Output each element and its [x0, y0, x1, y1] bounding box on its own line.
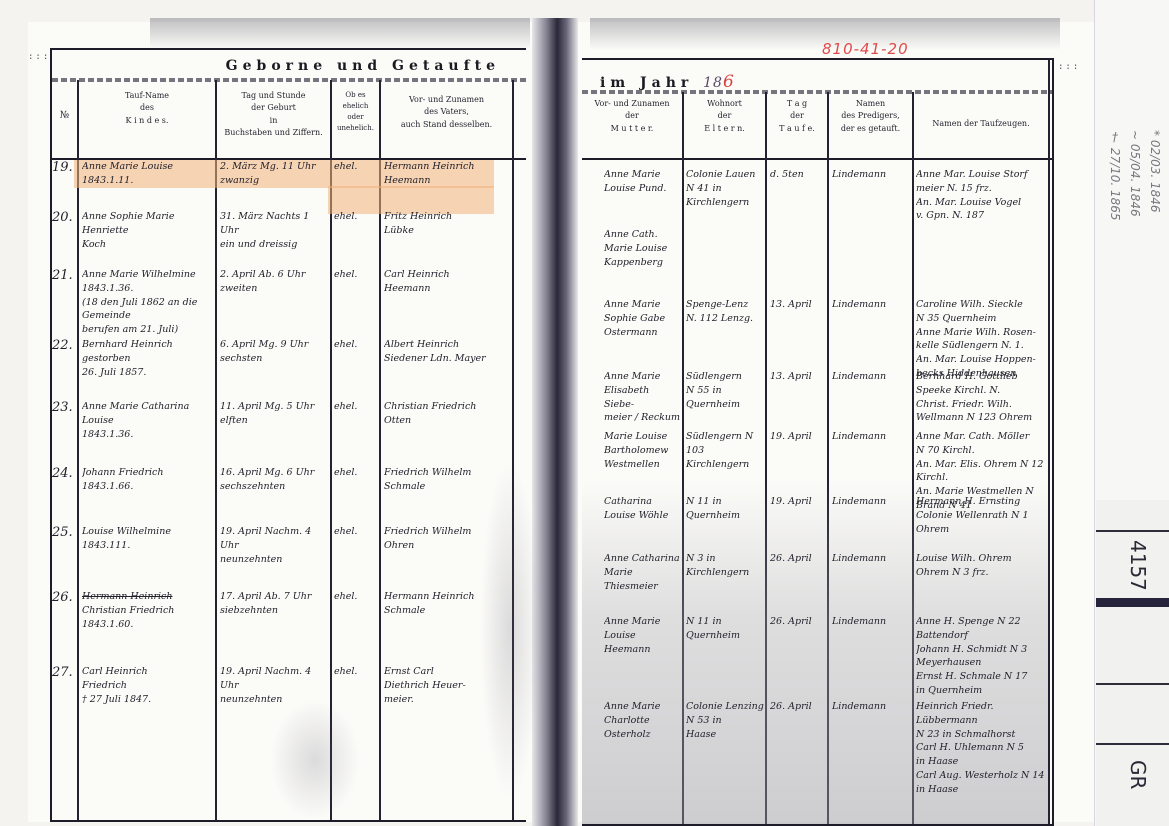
- mother-cell: Catharina Louise Wöhle: [604, 495, 682, 523]
- baptism-date-cell: 19. April: [770, 430, 826, 444]
- birth-cell: 2. April Ab. 6 Uhr zweiten: [220, 268, 328, 296]
- residence-cell: N 3 in Kirchlengern: [686, 552, 764, 580]
- entry-number: 27.: [52, 665, 78, 680]
- sponsors-cell: Anne H. Spenge N 22 Battendorf Johann H.…: [916, 615, 1046, 698]
- sponsors-cell: Bernhard H. Gottlieb Speeke Kirchl. N. C…: [916, 370, 1046, 425]
- year-handwritten: 18: [703, 75, 723, 91]
- birth-cell: 11. April Mg. 5 Uhr elften: [220, 400, 328, 428]
- mother-cell: Marie Louise Bartholomew Westmellen: [604, 430, 682, 471]
- column-rule: [1048, 60, 1050, 824]
- legitimacy-cell: ehel.: [334, 268, 378, 282]
- residence-cell: N 11 in Quernheim: [686, 495, 764, 523]
- side-rule: [1096, 683, 1169, 685]
- right-register-table: im Jahr 186 Vor- und Zunamen der M u t t…: [582, 58, 1054, 826]
- residence-cell: Spenge-Lenz N. 112 Lenzg.: [686, 298, 764, 326]
- header-divider: [582, 90, 1052, 94]
- legitimacy-cell: ehel.: [334, 466, 378, 480]
- baptism-date-cell: 13. April: [770, 298, 826, 312]
- entry-number: 25.: [52, 525, 78, 540]
- margin-dots: :::: [28, 52, 50, 62]
- left-page-title: Geborne und Getaufte: [226, 58, 500, 74]
- preacher-cell: Lindemann: [832, 298, 910, 312]
- header-bottom-rule: [582, 158, 1052, 160]
- side-rule: [1096, 743, 1169, 745]
- residence-header: Wohnort der E l t e r n.: [684, 98, 765, 135]
- child-name-cell: Anne Marie Catharina Louise 1843.1.36.: [82, 400, 214, 441]
- archive-stamp: 810-41-20: [822, 40, 909, 58]
- residence-cell: Colonie Lenzing N 53 in Haase: [686, 700, 764, 741]
- preacher-cell: Lindemann: [832, 430, 910, 444]
- child-name-cell: Johann Friedrich 1843.1.66.: [82, 466, 214, 494]
- birth-header: Tag und Stunde der Geburt in Buchstaben …: [217, 90, 330, 140]
- entry-number: 26.: [52, 590, 78, 605]
- birth-cell: 31. März Nachts 1 Uhr ein und dreissig: [220, 210, 328, 251]
- side-bar: [1096, 598, 1169, 607]
- residence-cell: N 11 in Quernheim: [686, 615, 764, 643]
- preacher-cell: Lindemann: [832, 370, 910, 384]
- entry-number: 21.: [52, 268, 78, 283]
- legitimacy-cell: ehel.: [334, 665, 378, 679]
- sponsors-cell: Caroline Wilh. Sieckle N 35 Quernheim An…: [916, 298, 1046, 381]
- side-rule: [1096, 530, 1169, 532]
- legitimacy-cell: ehel.: [334, 525, 378, 539]
- entry-number: 23.: [52, 400, 78, 415]
- mother-cell: Anne Marie Louise Pund.: [604, 168, 682, 196]
- sponsors-cell: Louise Wilh. Ohrem Ohrem N 3 frz.: [916, 552, 1046, 580]
- birth-cell: 16. April Mg. 6 Uhr sechszehnten: [220, 466, 328, 494]
- residence-cell: Südlengern N 103 Kirchlengern: [686, 430, 764, 471]
- baptism-date-cell: 26. April: [770, 615, 826, 629]
- margin-note-death: † 27/10. 1865: [1108, 130, 1122, 221]
- mother-cell: Anne Cath. Marie Louise Kappenberg: [604, 228, 682, 269]
- child-name-header: Tauf-Name des K i n d e s.: [79, 90, 215, 127]
- baptism-date-cell: d. 5ten: [770, 168, 826, 182]
- birth-cell: 17. April Ab. 7 Uhr siebzehnten: [220, 590, 328, 618]
- preacher-cell: Lindemann: [832, 495, 910, 509]
- preacher-header: Namen des Predigers, der es getauft.: [829, 98, 912, 135]
- father-header: Vor- und Zunamen des Vaters, auch Stand …: [381, 94, 512, 131]
- legitimacy-header: Ob es ehelich oder unehelich.: [332, 90, 379, 133]
- mother-cell: Anne Marie Charlotte Osterholz: [604, 700, 682, 741]
- sponsors-cell: Hermann H. Ernsting Colonie Wellenrath N…: [916, 495, 1046, 536]
- child-name-cell: Hermann HeinrichChristian Friedrich1843.…: [82, 590, 214, 631]
- baptism-header: T a g der T a u f e.: [767, 98, 827, 135]
- legitimacy-cell: ehel.: [334, 590, 378, 604]
- mother-cell: Anne Marie Elisabeth Siebe- meier / Reck…: [604, 370, 682, 425]
- number-header: №: [52, 108, 77, 124]
- scan-shadow: [150, 18, 530, 50]
- entry-number: 19.: [52, 160, 78, 175]
- child-name-cell: Anne Marie Wilhelmine 1843.1.36. (18 den…: [82, 268, 214, 337]
- side-number: 4157: [1126, 540, 1150, 591]
- father-cell: Hermann Heinrich Heemann: [384, 160, 510, 188]
- legitimacy-cell: ehel.: [334, 338, 378, 352]
- father-cell: Albert Heinrich Siedener Ldn. Mayer: [384, 338, 510, 366]
- child-name-cell: Bernhard Heinrich gestorben 26. Juli 185…: [82, 338, 214, 379]
- baptism-date-cell: 13. April: [770, 370, 826, 384]
- preacher-cell: Lindemann: [832, 615, 910, 629]
- child-name-cell: Louise Wilhelmine 1843.111.: [82, 525, 214, 553]
- mother-cell: Anne Marie Sophie Gabe Ostermann: [604, 298, 682, 339]
- title-prefix: im Jahr: [600, 75, 693, 91]
- mother-cell: Anne Marie Louise Heemann: [604, 615, 682, 656]
- legitimacy-cell: ehel.: [334, 160, 378, 174]
- entry-number: 24.: [52, 466, 78, 481]
- preacher-cell: Lindemann: [832, 700, 910, 714]
- preacher-cell: Lindemann: [832, 168, 910, 182]
- margin-dots: :::: [1058, 62, 1080, 72]
- mother-header: Vor- und Zunamen der M u t t e r.: [582, 98, 682, 135]
- side-code: GR: [1126, 760, 1150, 789]
- margin-note-birth: * 02/03. 1846: [1148, 130, 1162, 213]
- sponsors-cell: Anne Mar. Louise Storf meier N. 15 frz. …: [916, 168, 1046, 223]
- struck-name: Hermann Heinrich: [82, 591, 172, 602]
- name-line: Christian Friedrich: [82, 605, 174, 616]
- birth-cell: 19. April Nachm. 4 Uhr neunzehnten: [220, 525, 328, 566]
- child-name-cell: Carl Heinrich Friedrich † 27 Juli 1847.: [82, 665, 214, 706]
- column-rule: [215, 80, 217, 820]
- legitimacy-cell: ehel.: [334, 400, 378, 414]
- scan-smudge: [480, 460, 540, 800]
- margin-note-baptism: ~ 05/04. 1846: [1128, 130, 1142, 217]
- birth-cell: 2. März Mg. 11 Uhr zwanzig: [220, 160, 328, 188]
- year-red: 6: [723, 72, 739, 92]
- name-line: 1843.1.60.: [82, 619, 133, 630]
- baptism-date-cell: 19. April: [770, 495, 826, 509]
- sponsors-header: Namen der Taufzeugen.: [914, 118, 1048, 130]
- entry-number: 20.: [52, 210, 78, 225]
- father-cell: Fritz Heinrich Lübke: [384, 210, 510, 238]
- scan-smudge: [270, 700, 360, 820]
- baptism-date-cell: 26. April: [770, 552, 826, 566]
- header-divider: [52, 78, 526, 82]
- child-name-cell: Anne Marie Louise 1843.1.11.: [82, 160, 214, 188]
- mother-cell: Anne Catharina Marie Thiesmeier: [604, 552, 682, 593]
- birth-cell: 6. April Mg. 9 Uhr sechsten: [220, 338, 328, 366]
- residence-cell: Colonie Lauen N 41 in Kirchlengern: [686, 168, 764, 209]
- column-rule: [77, 80, 79, 820]
- child-name-cell: Anne Sophie Marie Henriette Koch: [82, 210, 214, 251]
- baptism-date-cell: 26. April: [770, 700, 826, 714]
- preacher-cell: Lindemann: [832, 552, 910, 566]
- sponsors-cell: Heinrich Friedr. Lübbermann N 23 in Schm…: [916, 700, 1046, 796]
- father-cell: Carl Heinrich Heemann: [384, 268, 510, 296]
- legitimacy-cell: ehel.: [334, 210, 378, 224]
- father-cell: Christian Friedrich Otten: [384, 400, 510, 428]
- entry-number: 22.: [52, 338, 78, 353]
- residence-cell: Südlengern N 55 in Quernheim: [686, 370, 764, 411]
- right-page-title: im Jahr 186: [600, 72, 739, 92]
